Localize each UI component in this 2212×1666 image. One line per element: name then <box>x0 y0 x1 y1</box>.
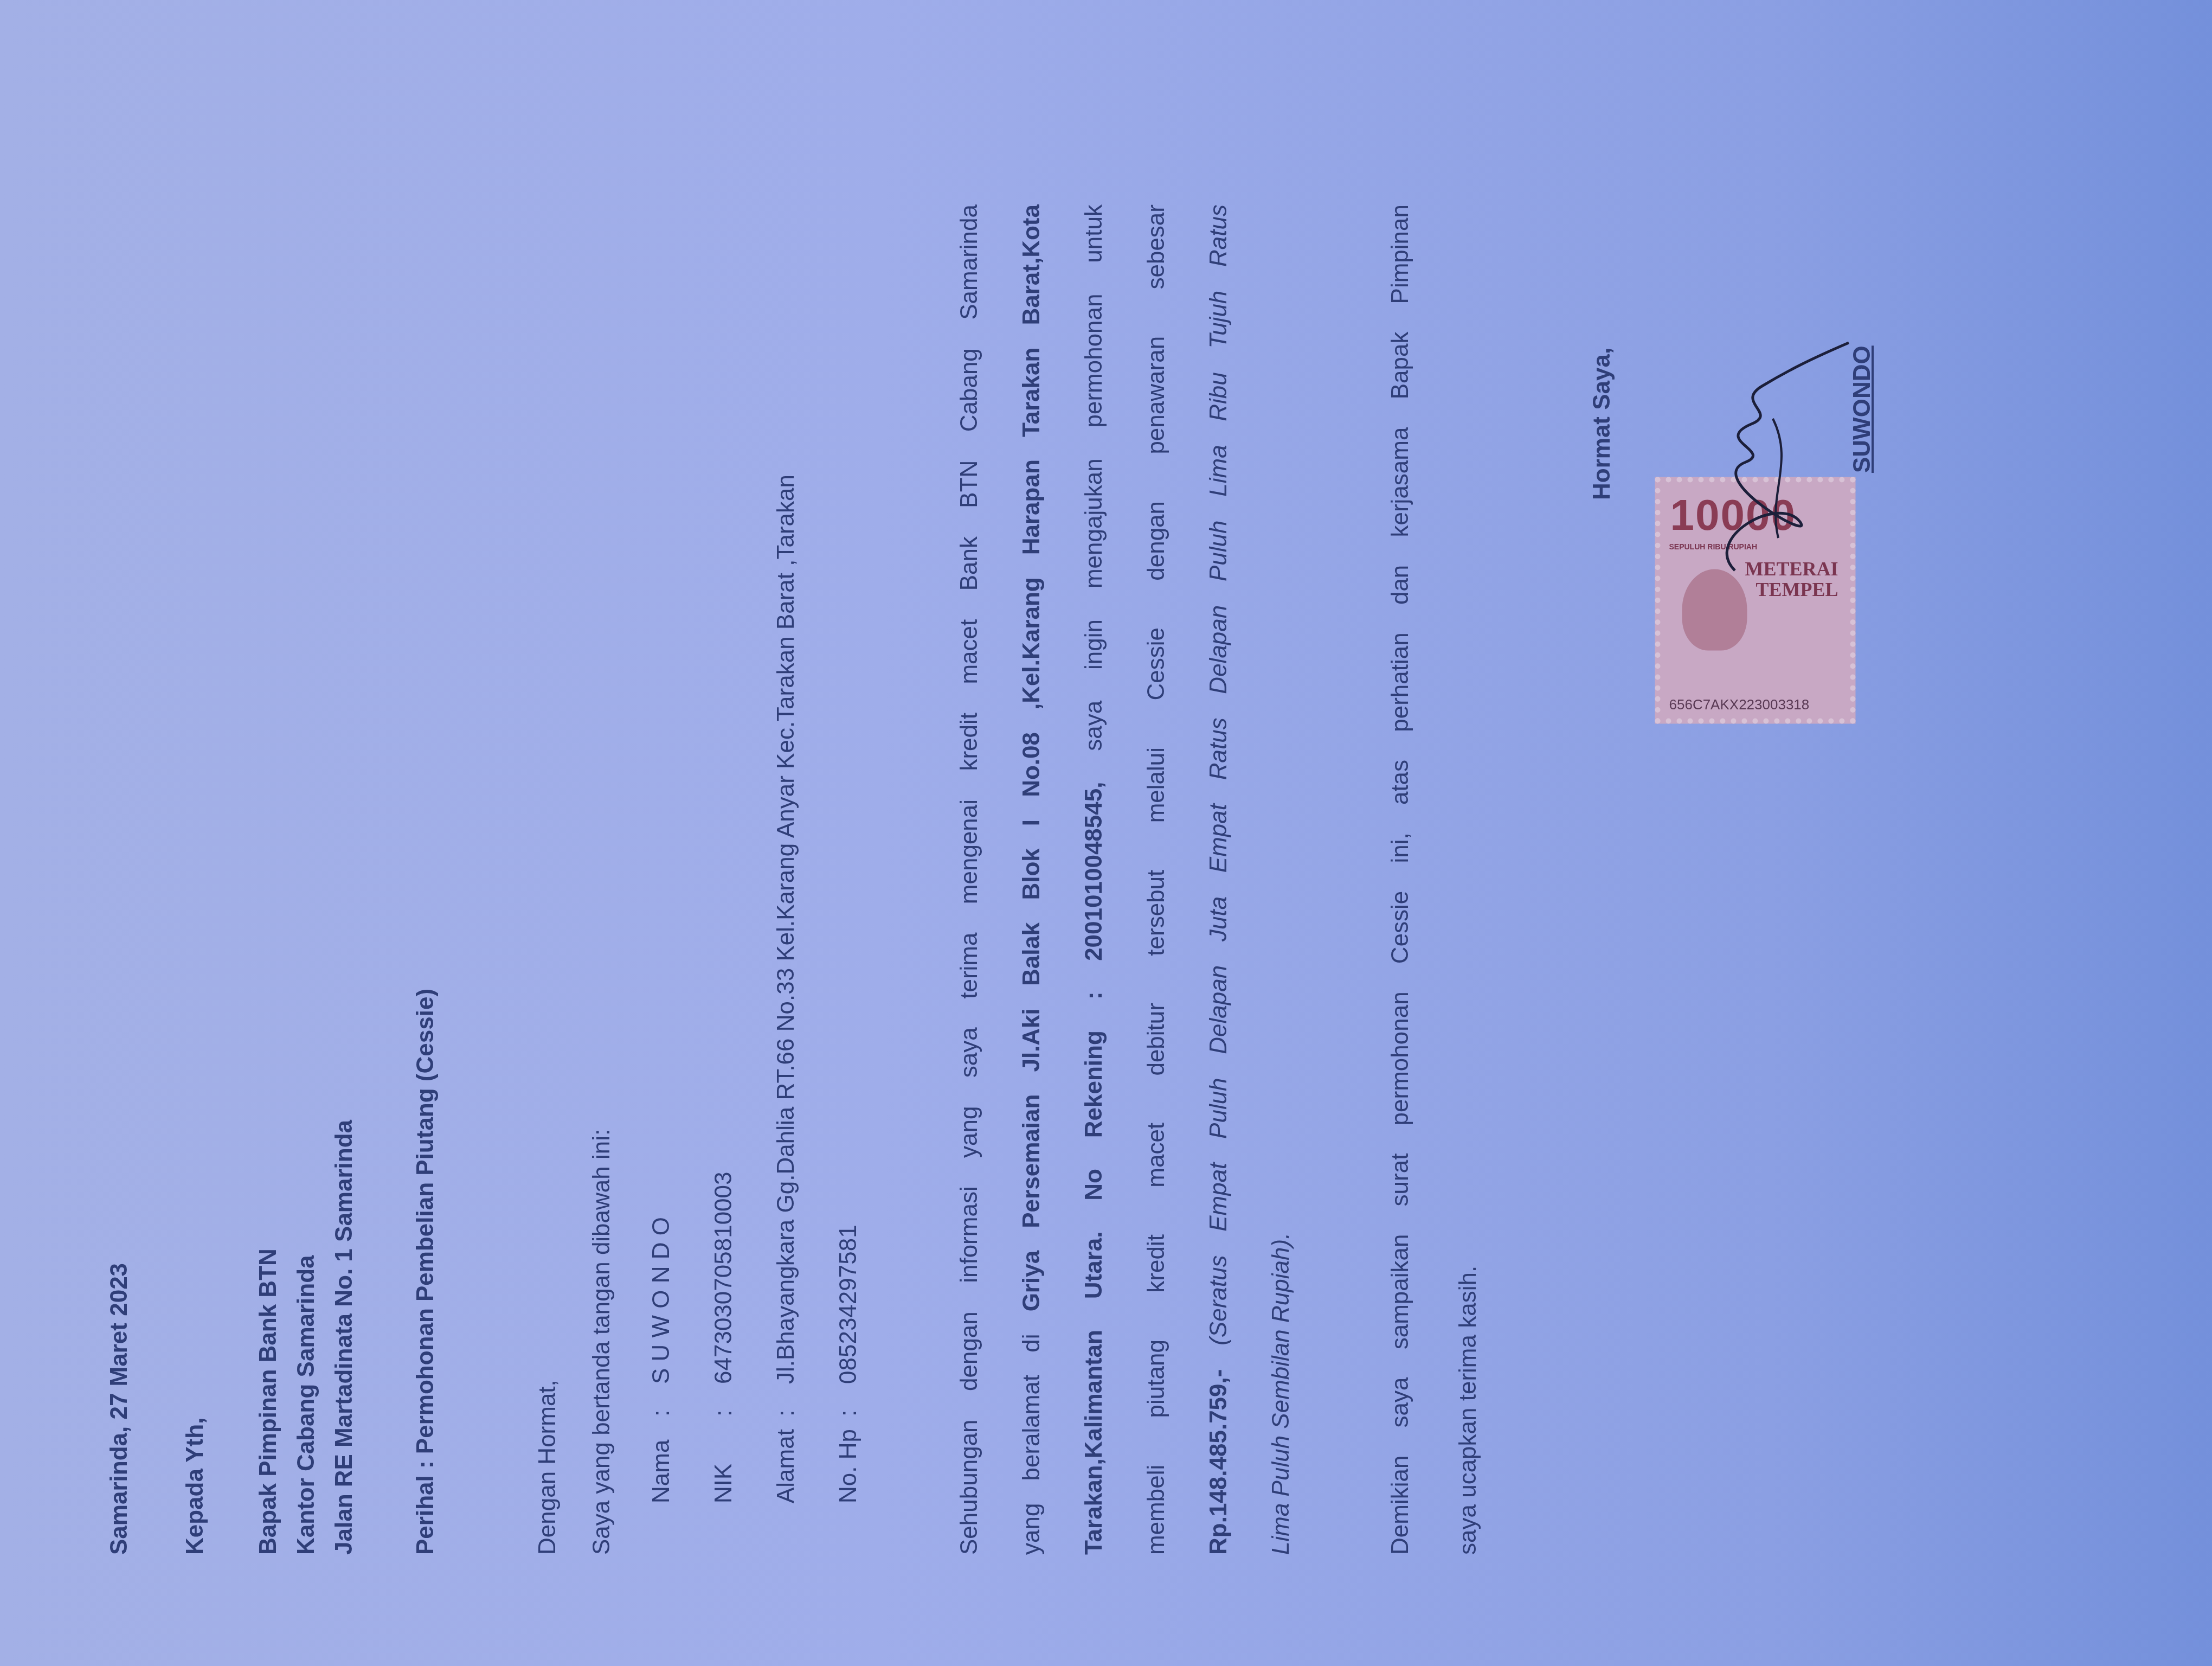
body-line: Tarakan,Kalimantan Utara. No Rekening : … <box>1063 204 1125 1555</box>
body-line: membeli piutang kredit macet debitur ter… <box>1125 204 1187 1555</box>
field-value: 6473030705810003 <box>710 1171 737 1384</box>
offer-amount: Rp.148.485.759,- <box>1205 1369 1232 1555</box>
body-paragraph: Sehubungan dengan informasi yang saya te… <box>938 204 1312 1555</box>
field-nik: NIK:6473030705810003 <box>710 1171 737 1503</box>
field-label: No. Hp <box>835 1417 862 1503</box>
body-line: Sehubungan dengan informasi yang saya te… <box>938 204 1000 1555</box>
recipient-line-1: Bapak Pimpinan Bank BTN <box>255 1248 282 1555</box>
field-label: Nama <box>648 1417 675 1503</box>
field-alamat: Alamat:Jl.Bhayangkara Gg.Dahlia RT.66 No… <box>773 475 800 1503</box>
field-label: Alamat <box>773 1417 800 1503</box>
regards: Hormat Saya, <box>1589 348 1616 500</box>
field-no-hp: No. Hp:085234297581 <box>835 1225 862 1503</box>
subject-line: Perihal : Permohonan Pembelian Piutang (… <box>412 989 439 1555</box>
signature-icon <box>1670 332 1865 603</box>
closing-line: saya ucapkan terima kasih. <box>1434 204 1502 1555</box>
letter-date: Samarinda, 27 Maret 2023 <box>106 1263 133 1555</box>
field-nama: Nama:S U W O N D O <box>648 1217 675 1503</box>
body-line: Lima Puluh Sembilan Rupiah). <box>1250 204 1312 1555</box>
field-value: 085234297581 <box>835 1225 861 1384</box>
recipient-line-2: Kantor Cabang Samarinda <box>293 1255 320 1555</box>
field-value: Jl.Bhayangkara Gg.Dahlia RT.66 No.33 Kel… <box>773 475 799 1384</box>
stamp-serial: 656C7AKX223003318 <box>1669 696 1810 713</box>
body-line: yang beralamat di Griya Persemaian Jl.Ak… <box>1000 204 1063 1555</box>
greeting: Dengan Hormat, <box>534 1380 561 1555</box>
body-line: Rp.148.485.759,- (Seratus Empat Puluh De… <box>1187 204 1250 1555</box>
property-address: Griya Persemaian Jl.Aki Balak Blok I No.… <box>1018 204 1045 1311</box>
letter-page: Samarinda, 27 Maret 2023 Kepada Yth, Bap… <box>0 0 2212 1666</box>
signer-name: SUWONDO <box>1849 345 1876 473</box>
offer-amount-words: (Seratus Empat Puluh Delapan Juta Empat … <box>1205 204 1232 1369</box>
field-value: S U W O N D O <box>648 1217 674 1384</box>
account-number: Tarakan,Kalimantan Utara. No Rekening : … <box>1081 782 1107 1555</box>
closing-line: Demikian saya sampaikan surat permohonan… <box>1366 204 1434 1555</box>
salutation-to: Kepada Yth, <box>182 1418 209 1555</box>
field-label: NIK <box>710 1417 737 1503</box>
closing-paragraph: Demikian saya sampaikan surat permohonan… <box>1366 204 1502 1555</box>
recipient-line-3: Jalan RE Martadinata No. 1 Samarinda <box>331 1120 358 1555</box>
intro-text: Saya yang bertanda tangan dibawah ini: <box>588 1129 615 1555</box>
